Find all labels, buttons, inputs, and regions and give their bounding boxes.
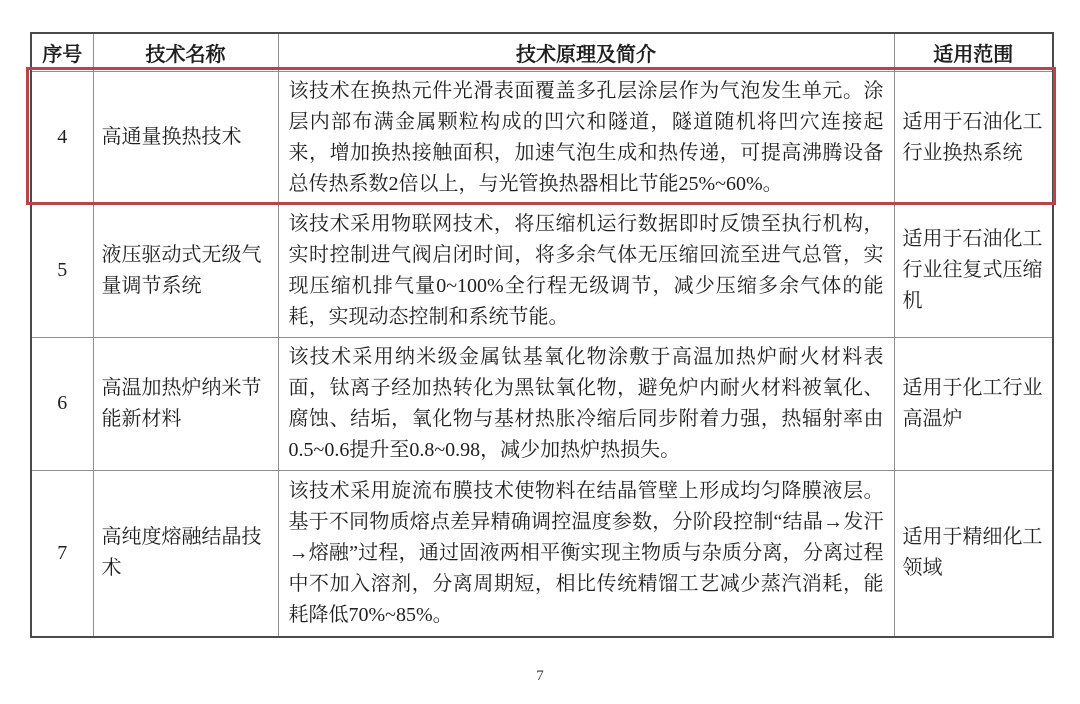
row-number: 7 xyxy=(31,470,93,637)
tech-scope: 适用于石油化工行业换热系统 xyxy=(894,71,1053,204)
document-page: 序号 技术名称 技术原理及简介 适用范围 4 高通量换热技术 该技术在换热元件光… xyxy=(0,0,1080,704)
tech-description: 该技术在换热元件光滑表面覆盖多孔层涂层作为气泡发生单元。涂层内部布满金属颗粒构成… xyxy=(278,71,894,204)
table-row-5: 5 液压驱动式无级气量调节系统 该技术采用物联网技术，将压缩机运行数据即时反馈至… xyxy=(31,204,1053,337)
header-index: 序号 xyxy=(31,33,93,71)
tech-name: 高纯度熔融结晶技术 xyxy=(93,470,278,637)
tech-description: 该技术采用旋流布膜技术使物料在结晶管壁上形成均匀降膜液层。基于不同物质熔点差异精… xyxy=(278,470,894,637)
tech-name: 高温加热炉纳米节能新材料 xyxy=(93,337,278,470)
tech-description: 该技术采用物联网技术，将压缩机运行数据即时反馈至执行机构，实时控制进气阀启闭时间… xyxy=(278,204,894,337)
row-number: 4 xyxy=(31,71,93,204)
row-number: 6 xyxy=(31,337,93,470)
tech-table: 序号 技术名称 技术原理及简介 适用范围 4 高通量换热技术 该技术在换热元件光… xyxy=(30,32,1054,638)
page-number: 7 xyxy=(0,668,1080,685)
tech-scope: 适用于化工行业高温炉 xyxy=(894,337,1053,470)
tech-scope: 适用于石油化工行业往复式压缩机 xyxy=(894,204,1053,337)
technology-table: 序号 技术名称 技术原理及简介 适用范围 4 高通量换热技术 该技术在换热元件光… xyxy=(30,32,1052,638)
table-row-4: 4 高通量换热技术 该技术在换热元件光滑表面覆盖多孔层涂层作为气泡发生单元。涂层… xyxy=(31,71,1053,204)
header-scope: 适用范围 xyxy=(894,33,1053,71)
header-tech-name: 技术名称 xyxy=(93,33,278,71)
table-row-6: 6 高温加热炉纳米节能新材料 该技术采用纳米级金属钛基氧化物涂敷于高温加热炉耐火… xyxy=(31,337,1053,470)
tech-scope: 适用于精细化工领域 xyxy=(894,470,1053,637)
tech-name: 高通量换热技术 xyxy=(93,71,278,204)
table-header-row: 序号 技术名称 技术原理及简介 适用范围 xyxy=(31,33,1053,71)
tech-description: 该技术采用纳米级金属钛基氧化物涂敷于高温加热炉耐火材料表面，钛离子经加热转化为黑… xyxy=(278,337,894,470)
table-row-7: 7 高纯度熔融结晶技术 该技术采用旋流布膜技术使物料在结晶管壁上形成均匀降膜液层… xyxy=(31,470,1053,637)
header-principle: 技术原理及简介 xyxy=(278,33,894,71)
row-number: 5 xyxy=(31,204,93,337)
tech-name: 液压驱动式无级气量调节系统 xyxy=(93,204,278,337)
